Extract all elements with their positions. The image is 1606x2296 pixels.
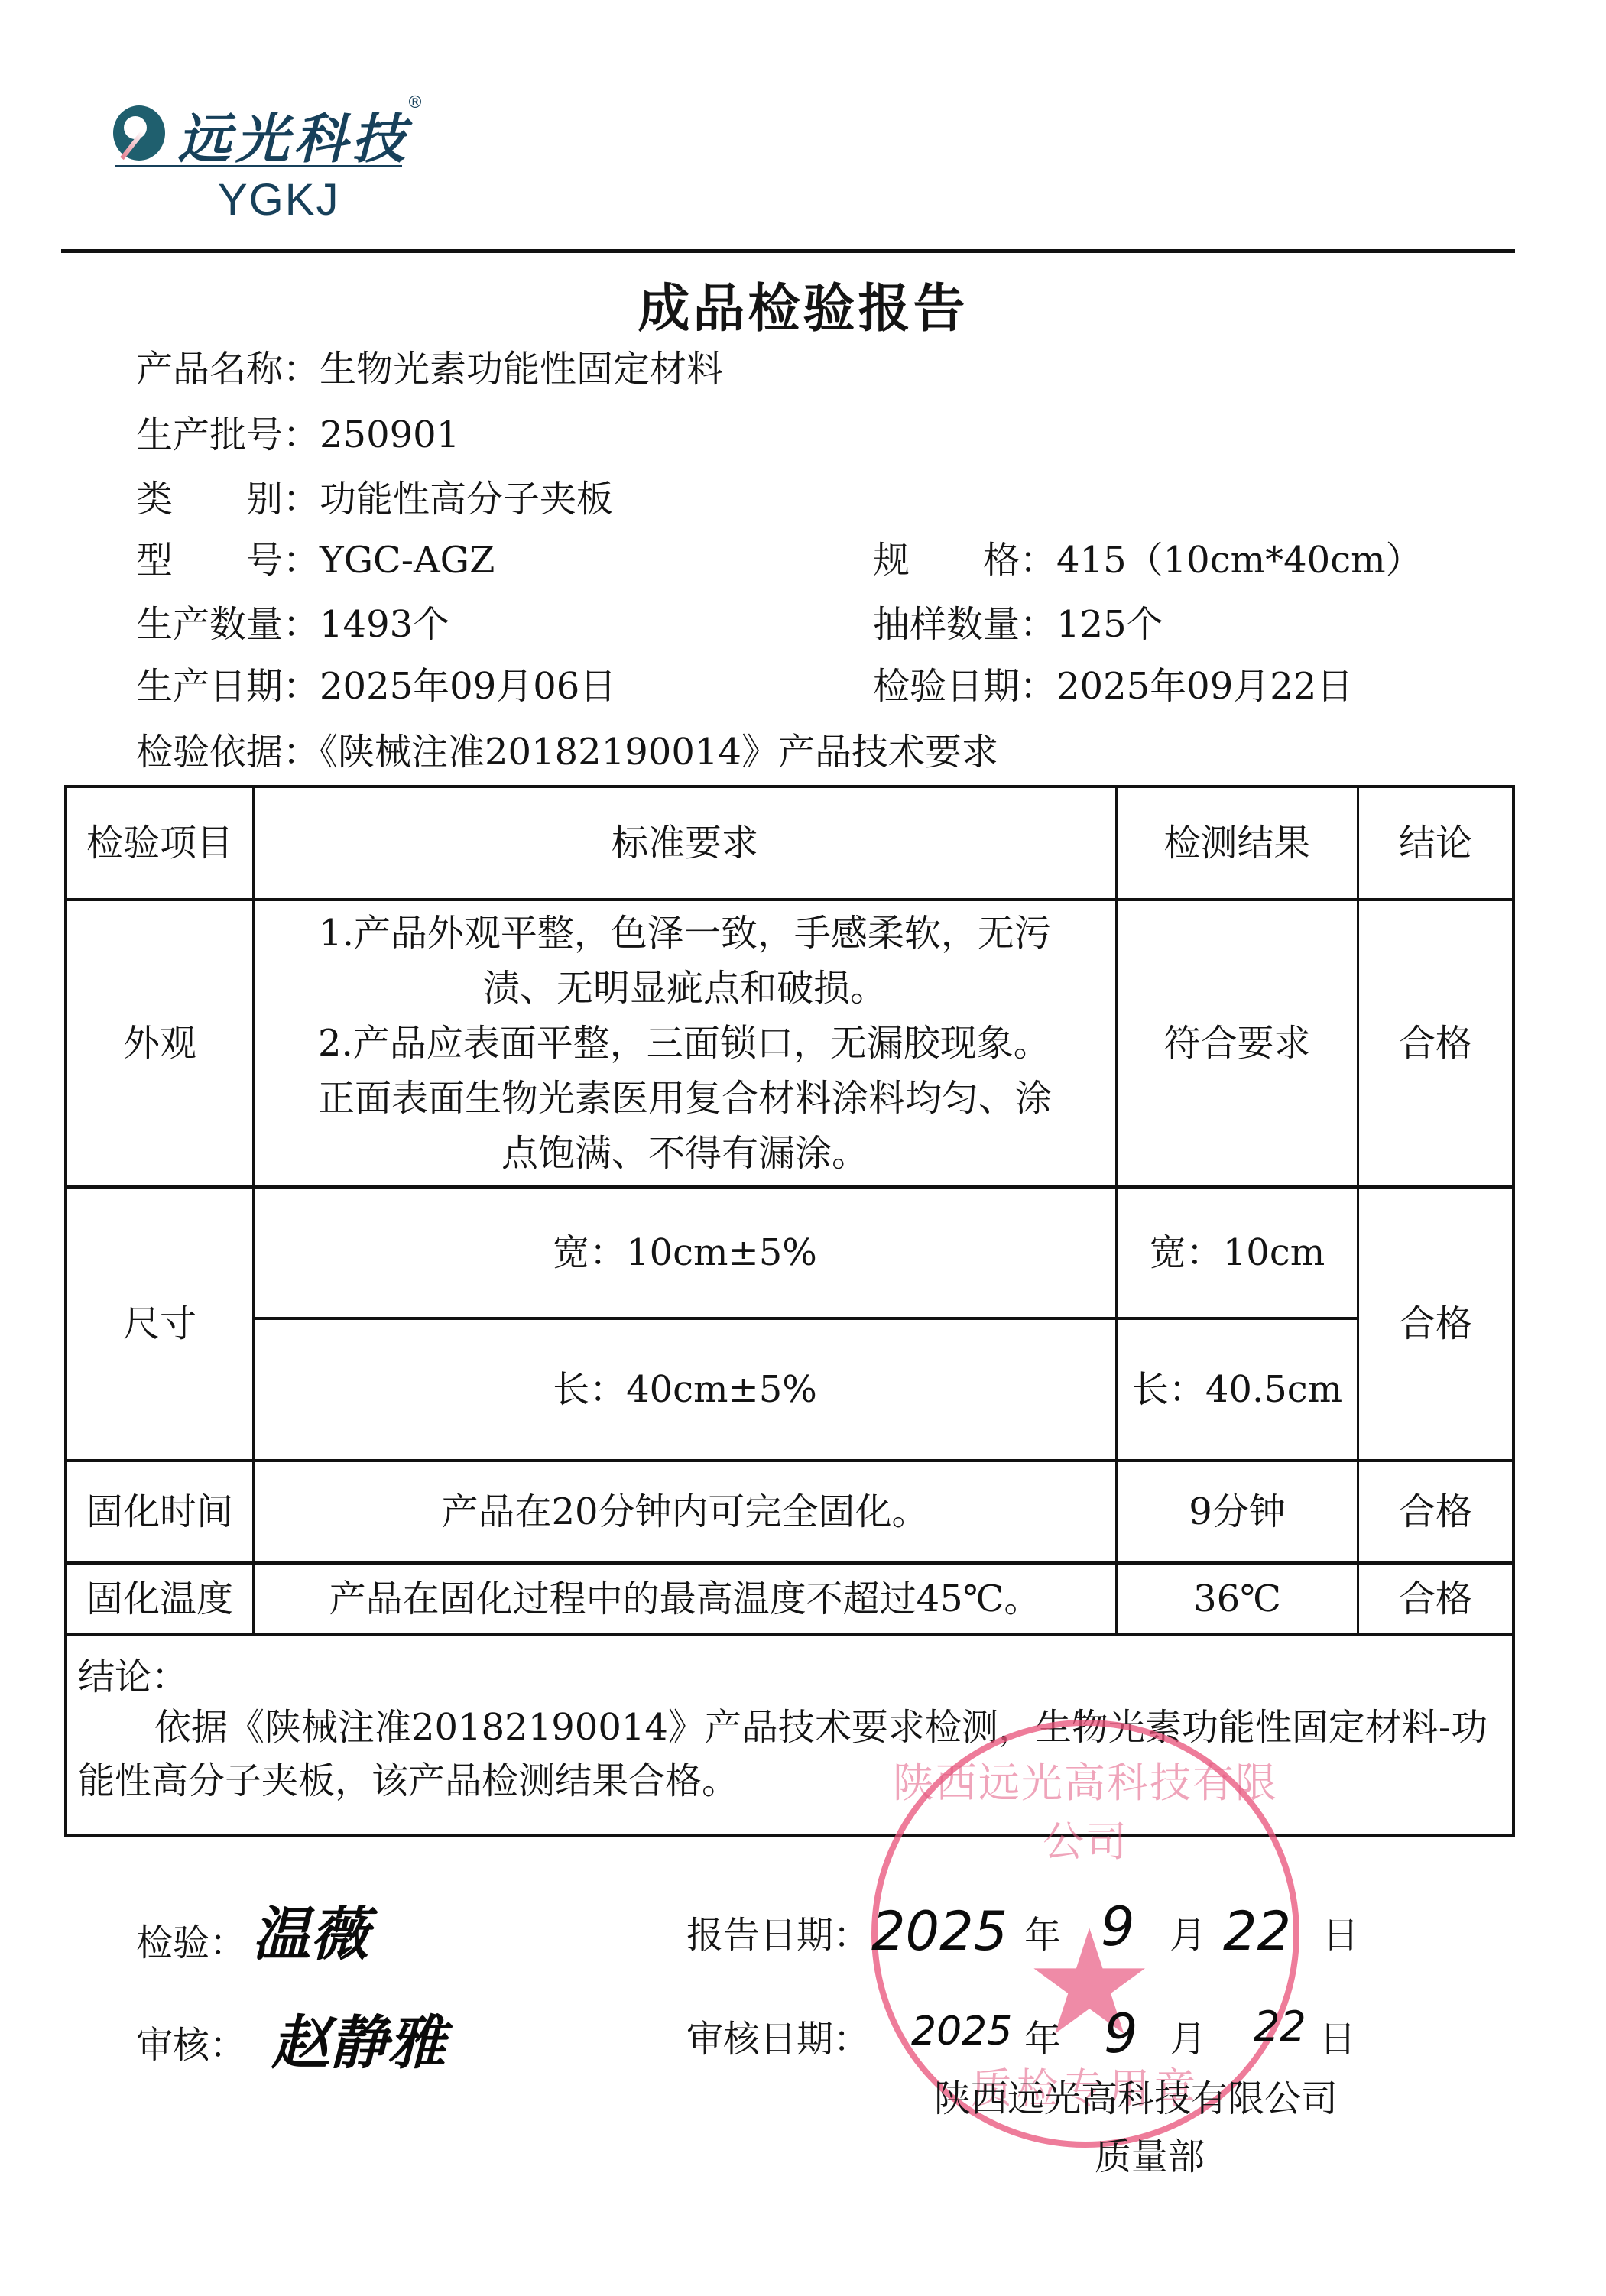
field-inspection-date: 检验日期：2025年09月22日 <box>873 663 1353 709</box>
field-product-name: 产品名称：生物光素功能性固定材料 <box>136 346 723 392</box>
review-day: 22 <box>1254 2003 1306 2051</box>
requirement-line: 2.产品应表面平整，三面锁口，无漏胶现象。 <box>318 1016 1052 1071</box>
day-unit: 日 <box>1319 2016 1356 2062</box>
reviewer-label: 审核： <box>136 2022 246 2068</box>
logo-chinese-name: 远光科技 <box>177 96 410 173</box>
field-value: 2025年09月06日 <box>320 665 616 708</box>
year-unit: 年 <box>1024 1912 1061 1958</box>
field-value: 2025年09月22日 <box>1056 665 1353 708</box>
conclusion-curing-temperature: 合格 <box>1359 1565 1512 1633</box>
requirement-width: 宽：10cm±5% <box>255 1189 1115 1317</box>
field-category: 类 别：功能性高分子夹板 <box>136 476 613 522</box>
inspector-signature: 温薇 <box>252 1888 368 1971</box>
field-value: 生物光素功能性固定材料 <box>320 348 723 391</box>
inspector-label: 检验： <box>136 1920 246 1966</box>
field-label: 检验日期： <box>873 665 1056 708</box>
header-divider <box>61 249 1515 253</box>
conclusion-text: 依据《陕械注准20182190014》产品技术要求检测，生物光素功能性固定材料-… <box>78 1701 1500 1808</box>
review-year: 2025 <box>911 2009 1012 2054</box>
field-batch: 生产批号：250901 <box>136 412 459 458</box>
review-month: 9 <box>1104 2003 1138 2065</box>
field-label: 规 格： <box>873 539 1056 582</box>
header-item: 检验项目 <box>67 788 252 898</box>
registered-mark: ® <box>407 93 423 112</box>
field-production-date: 生产日期：2025年09月06日 <box>136 663 616 709</box>
logo-underline <box>115 165 402 167</box>
day-unit: 日 <box>1322 1912 1359 1958</box>
requirement-length: 长：40cm±5% <box>255 1320 1115 1459</box>
requirement-appearance: 1.产品外观平整，色泽一致，手感柔软，无污 渍、无明显疵点和破损。 2.产品应表… <box>255 901 1115 1185</box>
field-label: 产品名称： <box>136 348 320 391</box>
review-date-label: 审核日期： <box>686 2016 870 2062</box>
inspection-table: 检验项目 标准要求 检测结果 结论 外观 1.产品外观平整，色泽一致，手感柔软，… <box>64 785 1515 1837</box>
requirement-curing-temperature: 产品在固化过程中的最高温度不超过45℃。 <box>255 1565 1115 1633</box>
field-inspection-basis: 检验依据：《陕械注准20182190014》产品技术要求 <box>136 729 998 775</box>
field-value: 250901 <box>320 413 459 456</box>
field-value: 功能性高分子夹板 <box>320 478 613 520</box>
requirement-line: 正面表面生物光素医用复合材料涂料均匀、涂 <box>318 1071 1052 1126</box>
requirement-line: 渍、无明显疵点和破损。 <box>318 961 1052 1016</box>
field-value: 《陕械注准20182190014》产品技术要求 <box>320 731 998 773</box>
report-month: 9 <box>1101 1895 1135 1958</box>
month-unit: 月 <box>1170 2016 1206 2062</box>
conclusion-section: 结论： 依据《陕械注准20182190014》产品技术要求检测，生物光素功能性固… <box>67 1636 1512 1834</box>
item-appearance: 外观 <box>67 901 252 1185</box>
field-label: 抽样数量： <box>873 603 1056 646</box>
header-conclusion: 结论 <box>1359 788 1512 898</box>
field-model: 型 号：YGC-AGZ <box>136 537 495 583</box>
conclusion-label: 结论： <box>78 1647 188 1700</box>
conclusion-appearance: 合格 <box>1359 901 1512 1185</box>
result-curing-temperature: 36℃ <box>1118 1565 1357 1633</box>
requirement-text: 1.产品外观平整，色泽一致，手感柔软，无污 渍、无明显疵点和破损。 2.产品应表… <box>312 906 1058 1181</box>
report-date-label: 报告日期： <box>686 1912 870 1958</box>
logo-english-name: YGKJ <box>218 174 340 225</box>
field-label: 检验依据： <box>136 731 320 773</box>
seal-company-text: 陕西远光高科技有限公司 <box>887 1750 1284 1868</box>
department-name: 质量部 <box>1095 2134 1205 2180</box>
header-result: 检测结果 <box>1118 788 1357 898</box>
field-label: 生产批号： <box>136 413 320 456</box>
header-requirement: 标准要求 <box>255 788 1115 898</box>
field-value: 415（10cm*40cm） <box>1056 539 1423 582</box>
field-label: 生产数量： <box>136 603 320 646</box>
year-unit: 年 <box>1024 2016 1061 2062</box>
result-width: 宽：10cm <box>1118 1189 1357 1317</box>
result-appearance: 符合要求 <box>1118 901 1357 1185</box>
field-value: 1493个 <box>320 603 449 646</box>
field-value: YGC-AGZ <box>320 539 495 582</box>
page-title: 成品检验报告 <box>0 268 1606 342</box>
conclusion-size: 合格 <box>1359 1189 1512 1459</box>
field-label: 生产日期： <box>136 665 320 708</box>
conclusion-curing-time: 合格 <box>1359 1462 1512 1561</box>
month-unit: 月 <box>1170 1912 1206 1958</box>
company-name: 陕西远光高科技有限公司 <box>934 2076 1338 2122</box>
item-curing-temperature: 固化温度 <box>67 1565 252 1633</box>
logo-icon <box>113 105 165 161</box>
field-value: 125个 <box>1056 603 1163 646</box>
reviewer-signature: 赵静雅 <box>271 1996 446 2080</box>
requirement-curing-time: 产品在20分钟内可完全固化。 <box>255 1462 1115 1561</box>
field-spec: 规 格：415（10cm*40cm） <box>873 537 1423 583</box>
field-label: 类 别： <box>136 478 320 520</box>
field-quantity: 生产数量：1493个 <box>136 602 449 647</box>
report-year: 2025 <box>871 1900 1007 1963</box>
item-size: 尺寸 <box>67 1189 252 1459</box>
requirement-line: 点饱满、不得有漏涂。 <box>318 1126 1052 1181</box>
requirement-line: 1.产品外观平整，色泽一致，手感柔软，无污 <box>318 906 1052 961</box>
result-length: 长：40.5cm <box>1118 1320 1357 1459</box>
report-day: 22 <box>1223 1900 1291 1963</box>
field-sample: 抽样数量：125个 <box>873 602 1163 647</box>
item-curing-time: 固化时间 <box>67 1462 252 1561</box>
field-label: 型 号： <box>136 539 320 582</box>
result-curing-time: 9分钟 <box>1118 1462 1357 1561</box>
